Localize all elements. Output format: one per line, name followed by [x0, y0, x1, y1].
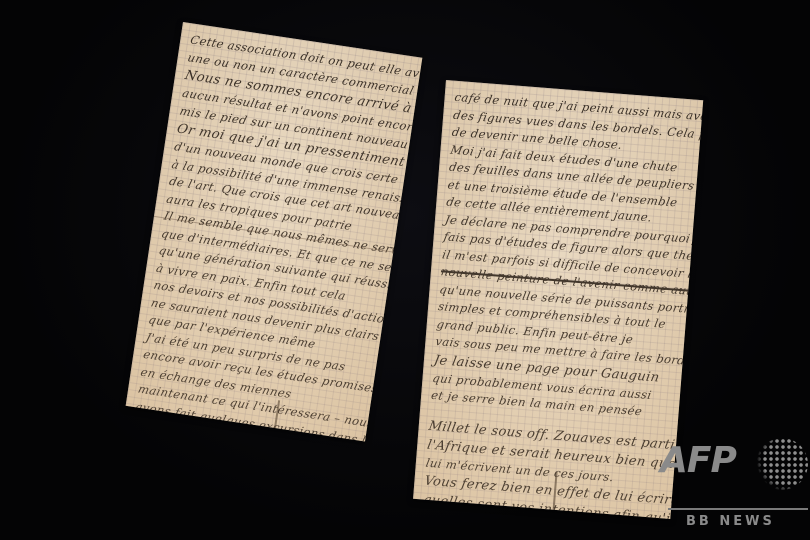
bbnews-label: BB NEWS [686, 514, 775, 529]
dotted-globe-icon [756, 438, 808, 490]
watermark-divider [668, 508, 808, 510]
handwriting-right: café de nuit que j'ai peint aussi mais a… [421, 89, 697, 519]
afp-bbnews-watermark: AFP BB NEWS [660, 430, 800, 530]
afp-logo-text: AFP [660, 440, 736, 481]
